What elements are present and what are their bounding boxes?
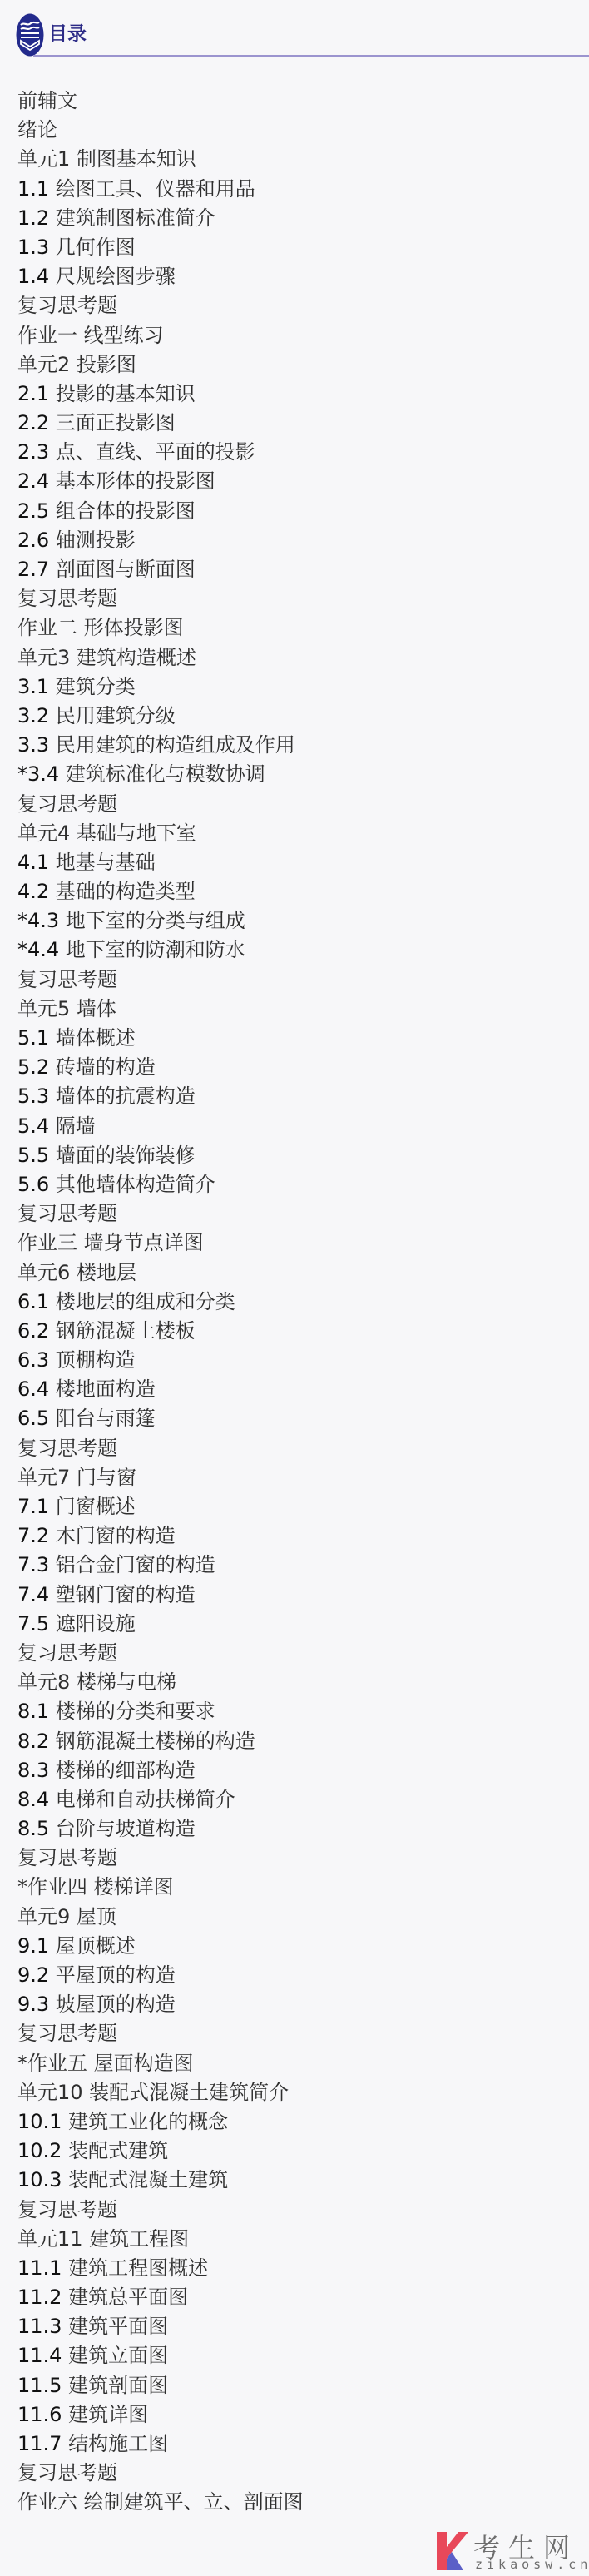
toc-item-label: 装配式建筑 — [62, 2139, 168, 2162]
book-waves-logo-icon — [16, 13, 44, 57]
toc-item-label: 复习思考题 — [17, 2461, 117, 2484]
toc-item-number: 2.5 — [17, 499, 49, 523]
toc-item-label: 钢筋混凝土楼梯的构造 — [49, 1730, 255, 1753]
toc-item[interactable]: 2.6 轴测投影 — [17, 526, 304, 555]
toc-item-label: 复习思考题 — [17, 1202, 117, 1225]
toc-item[interactable]: 复习思考题 — [17, 1844, 304, 1873]
toc-item-number: 6.4 — [17, 1377, 49, 1401]
toc-item-number: 11.6 — [17, 2403, 62, 2426]
toc-item[interactable]: *作业五 屋面构造图 — [17, 2049, 304, 2078]
toc-item[interactable]: 11.7 结构施工图 — [17, 2430, 304, 2459]
toc-item-number: 11.1 — [17, 2256, 62, 2280]
toc-item-label: 复习思考题 — [17, 968, 117, 991]
toc-item-label: 建筑平面图 — [62, 2315, 168, 2338]
toc-item-label: 单元11 建筑工程图 — [17, 2227, 189, 2251]
toc-item-label: 三面正投影图 — [49, 411, 176, 434]
toc-item[interactable]: 作业二 形体投影图 — [17, 613, 304, 643]
toc-item[interactable]: 6.1 楼地层的组成和分类 — [17, 1288, 304, 1317]
toc-item[interactable]: 6.5 阳台与雨篷 — [17, 1404, 304, 1433]
toc-item-label: 复习思考题 — [17, 1641, 117, 1665]
toc-item-number: 3.3 — [17, 733, 49, 757]
toc-item[interactable]: 前辅文 — [17, 87, 304, 116]
toc-item-label: 建筑制图标准简介 — [49, 206, 215, 230]
toc-item-label: 绪论 — [17, 118, 57, 141]
toc-item[interactable]: 2.3 点、直线、平面的投影 — [17, 438, 304, 467]
toc-item-number: 2.6 — [17, 529, 49, 552]
toc-item-number: 3.2 — [17, 704, 49, 727]
toc-item-label: 装配式混凝土建筑 — [62, 2168, 228, 2191]
toc-item[interactable]: 作业三 墙身节点详图 — [17, 1228, 304, 1258]
table-of-contents: 前辅文绪论单元1 制图基本知识1.1 绘图工具、仪器和用品1.2 建筑制图标准简… — [17, 87, 304, 2518]
toc-item[interactable]: 单元9 屋顶 — [17, 1903, 304, 1932]
toc-item[interactable]: 8.5 台阶与坡道构造 — [17, 1814, 304, 1844]
toc-item[interactable]: 8.3 楼梯的细部构造 — [17, 1756, 304, 1785]
toc-item-number: 9.2 — [17, 1963, 49, 1987]
toc-item-number: *3.4 — [17, 762, 59, 786]
watermark-url: zikaosw.cn — [475, 2557, 589, 2572]
toc-item-label: 剖面图与断面图 — [49, 558, 196, 581]
toc-item-label: 轴测投影 — [49, 529, 136, 552]
toc-item[interactable]: 9.3 坡屋顶的构造 — [17, 1990, 304, 2019]
toc-item-label: 建筑工程图概述 — [62, 2256, 208, 2280]
toc-item-label: 阳台与雨篷 — [49, 1407, 156, 1430]
toc-item[interactable]: 复习思考题 — [17, 2019, 304, 2048]
toc-item[interactable]: 单元4 基础与地下室 — [17, 819, 304, 848]
toc-item-number: 8.3 — [17, 1759, 49, 1782]
toc-item[interactable]: 2.1 投影的基本知识 — [17, 380, 304, 409]
toc-item[interactable]: 复习思考题 — [17, 1639, 304, 1668]
toc-item-number: 7.3 — [17, 1553, 49, 1576]
toc-item-label: 建筑总平面图 — [62, 2286, 188, 2309]
toc-item[interactable]: 7.1 门窗概述 — [17, 1492, 304, 1521]
toc-item-number: 7.4 — [17, 1583, 49, 1606]
toc-item-number: 5.5 — [17, 1144, 49, 1167]
toc-item[interactable]: 单元7 门与窗 — [17, 1463, 304, 1492]
toc-item[interactable]: 8.1 楼梯的分类和要求 — [17, 1697, 304, 1726]
toc-item-label: 作业六 绘制建筑平、立、剖面图 — [17, 2490, 304, 2514]
toc-item-label: 地下室的分类与组成 — [59, 909, 245, 932]
toc-item[interactable]: 4.1 地基与基础 — [17, 848, 304, 877]
toc-item-label: 单元3 建筑构造概述 — [17, 646, 196, 669]
toc-item-number: 6.2 — [17, 1319, 49, 1343]
toc-item[interactable]: 11.5 建筑剖面图 — [17, 2371, 304, 2400]
toc-item-label: 建筑立面图 — [62, 2344, 168, 2367]
toc-item[interactable]: 11.6 建筑详图 — [17, 2400, 304, 2430]
toc-item-label: 木门窗的构造 — [49, 1524, 176, 1547]
toc-item-label: 单元7 门与窗 — [17, 1466, 136, 1489]
page-title: 目录 — [48, 22, 87, 47]
toc-item-label: 平屋顶的构造 — [49, 1963, 176, 1987]
toc-item-label: 基础的构造类型 — [49, 880, 196, 903]
toc-item-label: 电梯和自动扶梯简介 — [49, 1788, 235, 1811]
toc-item[interactable]: *3.4 建筑标准化与模数协调 — [17, 760, 304, 789]
toc-item-label: 建筑分类 — [49, 675, 136, 698]
toc-item-label: 投影的基本知识 — [49, 382, 196, 405]
toc-item[interactable]: 复习思考题 — [17, 584, 304, 613]
toc-item-number: 8.4 — [17, 1788, 49, 1811]
toc-item-number: 10.3 — [17, 2168, 62, 2191]
toc-item-label: 前辅文 — [17, 89, 77, 112]
toc-item-label: 遮阳设施 — [49, 1612, 136, 1635]
toc-item[interactable]: 1.3 几何作图 — [17, 233, 304, 262]
watermark: 考生网 zikaosw.cn — [437, 2529, 587, 2574]
toc-item-label: 屋顶概述 — [49, 1934, 136, 1958]
toc-item-label: 隔墙 — [49, 1114, 96, 1138]
toc-item-label: 铝合金门窗的构造 — [49, 1553, 215, 1576]
toc-item[interactable]: 1.1 绘图工具、仪器和用品 — [17, 175, 304, 204]
toc-item-label: 墙面的装饰装修 — [49, 1144, 196, 1167]
toc-item-number: 2.1 — [17, 382, 49, 405]
toc-item[interactable]: 4.2 基础的构造类型 — [17, 877, 304, 906]
toc-item[interactable]: 单元1 制图基本知识 — [17, 145, 304, 174]
toc-item[interactable]: 复习思考题 — [17, 1434, 304, 1463]
toc-item-label: 组合体的投影图 — [49, 499, 196, 523]
toc-item[interactable]: 6.3 顶棚构造 — [17, 1346, 304, 1375]
toc-item[interactable]: 复习思考题 — [17, 1199, 304, 1228]
toc-item-number: 9.1 — [17, 1934, 49, 1958]
toc-item-label: 作业三 墙身节点详图 — [17, 1231, 204, 1254]
toc-item[interactable]: 2.7 剖面图与断面图 — [17, 555, 304, 584]
toc-item[interactable]: 2.5 组合体的投影图 — [17, 497, 304, 526]
toc-item[interactable]: 复习思考题 — [17, 291, 304, 320]
toc-item[interactable]: 5.5 墙面的装饰装修 — [17, 1141, 304, 1170]
toc-item[interactable]: 复习思考题 — [17, 965, 304, 995]
toc-item-label: 地下室的防潮和防水 — [59, 938, 245, 961]
toc-item-number: 7.5 — [17, 1612, 49, 1635]
toc-item[interactable]: 单元6 楼地层 — [17, 1258, 304, 1288]
toc-item[interactable]: 作业六 绘制建筑平、立、剖面图 — [17, 2488, 304, 2517]
toc-item-label: 顶棚构造 — [49, 1348, 136, 1372]
toc-item-number: 8.5 — [17, 1817, 49, 1840]
toc-item-label: 复习思考题 — [17, 587, 117, 610]
toc-item-number: 1.4 — [17, 265, 49, 288]
toc-item-number: 5.3 — [17, 1085, 49, 1108]
toc-item[interactable]: 单元2 投影图 — [17, 350, 304, 380]
toc-item-label: 地基与基础 — [49, 851, 156, 874]
toc-item[interactable]: 7.5 遮阳设施 — [17, 1610, 304, 1639]
toc-item[interactable]: *4.4 地下室的防潮和防水 — [17, 936, 304, 965]
toc-item[interactable]: 11.4 建筑立面图 — [17, 2341, 304, 2370]
toc-item-number: 1.2 — [17, 206, 49, 230]
toc-item-label: 复习思考题 — [17, 294, 117, 317]
toc-item[interactable]: 复习思考题 — [17, 2196, 304, 2225]
toc-item-label: 建筑工业化的概念 — [62, 2110, 228, 2133]
toc-item-number: 2.3 — [17, 440, 49, 464]
toc-item-number: 1.1 — [17, 177, 49, 201]
toc-item-label: 作业二 形体投影图 — [17, 616, 184, 639]
toc-item[interactable]: 10.1 建筑工业化的概念 — [17, 2107, 304, 2137]
toc-item-label: 楼地面构造 — [49, 1377, 156, 1401]
toc-item-number: 2.7 — [17, 558, 49, 581]
toc-item-label: 单元5 墙体 — [17, 997, 116, 1020]
toc-item-label: *作业四 楼梯详图 — [17, 1875, 174, 1898]
toc-item[interactable]: 10.2 装配式建筑 — [17, 2137, 304, 2166]
toc-item[interactable]: 作业一 线型练习 — [17, 321, 304, 350]
toc-item-label: 楼地层的组成和分类 — [49, 1290, 235, 1313]
toc-item-label: 复习思考题 — [17, 2022, 117, 2045]
toc-item[interactable]: 8.2 钢筋混凝土楼梯的构造 — [17, 1727, 304, 1756]
toc-item-number: 6.1 — [17, 1290, 49, 1313]
toc-item[interactable]: 复习思考题 — [17, 790, 304, 819]
toc-item-label: 台阶与坡道构造 — [49, 1817, 196, 1840]
toc-item[interactable]: 11.3 建筑平面图 — [17, 2312, 304, 2341]
toc-item[interactable]: 11.2 建筑总平面图 — [17, 2283, 304, 2312]
toc-item-label: 坡屋顶的构造 — [49, 1993, 176, 2016]
toc-item-label: 尺规绘图步骤 — [49, 265, 176, 288]
toc-item[interactable]: 3.1 建筑分类 — [17, 673, 304, 702]
toc-item[interactable]: 5.3 墙体的抗震构造 — [17, 1082, 304, 1111]
toc-item-number: 5.2 — [17, 1055, 49, 1079]
toc-item[interactable]: 7.2 木门窗的构造 — [17, 1521, 304, 1551]
toc-item-number: 5.1 — [17, 1026, 49, 1050]
toc-item-number: 8.2 — [17, 1730, 49, 1753]
toc-item[interactable]: *作业四 楼梯详图 — [17, 1873, 304, 1902]
toc-item-number: 10.1 — [17, 2110, 62, 2133]
toc-item[interactable]: 3.2 民用建筑分级 — [17, 702, 304, 731]
toc-item-number: 11.5 — [17, 2374, 62, 2397]
toc-item-number: 2.2 — [17, 411, 49, 434]
toc-item-number: 7.2 — [17, 1524, 49, 1547]
toc-item[interactable]: 单元8 楼梯与电梯 — [17, 1668, 304, 1697]
toc-item-number: *4.3 — [17, 909, 59, 932]
toc-item-label: 单元9 屋顶 — [17, 1905, 116, 1928]
toc-item-number: 6.5 — [17, 1407, 49, 1430]
toc-item-label: 建筑标准化与模数协调 — [59, 762, 265, 786]
toc-item-label: 复习思考题 — [17, 1846, 117, 1869]
toc-item-label: 门窗概述 — [49, 1495, 136, 1518]
toc-item[interactable]: 复习思考题 — [17, 2459, 304, 2488]
toc-item-number: 5.6 — [17, 1173, 49, 1196]
toc-item-label: 砖墙的构造 — [49, 1055, 156, 1079]
toc-item-label: 民用建筑分级 — [49, 704, 176, 727]
toc-item[interactable]: 绪论 — [17, 116, 304, 145]
toc-item-number: 11.7 — [17, 2432, 62, 2455]
toc-item[interactable]: 单元3 建筑构造概述 — [17, 643, 304, 673]
toc-item[interactable]: 7.3 铝合金门窗的构造 — [17, 1551, 304, 1580]
toc-item-number: 7.1 — [17, 1495, 49, 1518]
toc-item-label: 塑钢门窗的构造 — [49, 1583, 196, 1606]
toc-item[interactable]: 1.4 尺规绘图步骤 — [17, 262, 304, 291]
header-divider — [33, 55, 589, 57]
toc-item[interactable]: 单元11 建筑工程图 — [17, 2225, 304, 2254]
toc-item-label: 单元4 基础与地下室 — [17, 821, 196, 845]
toc-item-number: 10.2 — [17, 2139, 62, 2162]
toc-item-number: 9.3 — [17, 1993, 49, 2016]
toc-item[interactable]: 9.1 屋顶概述 — [17, 1932, 304, 1961]
toc-item-label: 墙体的抗震构造 — [49, 1085, 196, 1108]
toc-item-label: 民用建筑的构造组成及作用 — [49, 733, 295, 757]
toc-item-number: 11.2 — [17, 2286, 62, 2309]
toc-item[interactable]: 5.4 隔墙 — [17, 1112, 304, 1141]
toc-item-number: 11.4 — [17, 2344, 62, 2367]
toc-item-label: 复习思考题 — [17, 2198, 117, 2221]
toc-item[interactable]: 1.2 建筑制图标准简介 — [17, 204, 304, 233]
toc-item-label: 作业一 线型练习 — [17, 324, 164, 347]
toc-item-number: 1.3 — [17, 236, 49, 259]
toc-item[interactable]: 6.2 钢筋混凝土楼板 — [17, 1317, 304, 1346]
toc-item[interactable]: *4.3 地下室的分类与组成 — [17, 906, 304, 936]
toc-item-label: 单元2 投影图 — [17, 353, 136, 376]
toc-item-label: 基本形体的投影图 — [49, 469, 215, 493]
toc-item-label: 楼梯的细部构造 — [49, 1759, 196, 1782]
toc-item-label: 复习思考题 — [17, 1437, 117, 1460]
toc-item[interactable]: 3.3 民用建筑的构造组成及作用 — [17, 731, 304, 760]
toc-item[interactable]: 11.1 建筑工程图概述 — [17, 2254, 304, 2283]
toc-item-number: 4.2 — [17, 880, 49, 903]
toc-item[interactable]: 5.6 其他墙体构造简介 — [17, 1170, 304, 1199]
toc-item-number: 8.1 — [17, 1700, 49, 1723]
toc-item-label: 钢筋混凝土楼板 — [49, 1319, 196, 1343]
toc-item-label: 复习思考题 — [17, 792, 117, 816]
toc-item[interactable]: 7.4 塑钢门窗的构造 — [17, 1581, 304, 1610]
toc-item-label: 建筑详图 — [62, 2403, 148, 2426]
toc-item[interactable]: 单元5 墙体 — [17, 995, 304, 1024]
toc-item-label: 单元1 制图基本知识 — [17, 147, 196, 171]
toc-item-label: 其他墙体构造简介 — [49, 1173, 215, 1196]
toc-item-number: 5.4 — [17, 1114, 49, 1138]
toc-item-number: *4.4 — [17, 938, 59, 961]
toc-item-label: 楼梯的分类和要求 — [49, 1700, 215, 1723]
toc-item-label: 单元8 楼梯与电梯 — [17, 1670, 176, 1694]
toc-item-label: 墙体概述 — [49, 1026, 136, 1050]
toc-item[interactable]: 5.2 砖墙的构造 — [17, 1053, 304, 1082]
toc-item[interactable]: 5.1 墙体概述 — [17, 1024, 304, 1053]
k-logo-icon — [437, 2529, 470, 2570]
toc-item[interactable]: 9.2 平屋顶的构造 — [17, 1961, 304, 1990]
toc-item-label: 几何作图 — [49, 236, 136, 259]
toc-item[interactable]: 单元10 装配式混凝土建筑简介 — [17, 2078, 304, 2107]
toc-item-label: *作业五 屋面构造图 — [17, 2052, 194, 2075]
toc-item-number: 3.1 — [17, 675, 49, 698]
toc-item-number: 4.1 — [17, 851, 49, 874]
toc-item-label: 单元10 装配式混凝土建筑简介 — [17, 2081, 289, 2104]
toc-item[interactable]: 6.4 楼地面构造 — [17, 1375, 304, 1404]
toc-item-label: 结构施工图 — [62, 2432, 168, 2455]
toc-item[interactable]: 2.2 三面正投影图 — [17, 409, 304, 438]
toc-item-label: 单元6 楼地层 — [17, 1261, 136, 1284]
toc-item-number: 11.3 — [17, 2315, 62, 2338]
toc-header: 目录 — [0, 0, 589, 58]
toc-item[interactable]: 8.4 电梯和自动扶梯简介 — [17, 1785, 304, 1814]
toc-item-label: 建筑剖面图 — [62, 2374, 168, 2397]
toc-item-number: 6.3 — [17, 1348, 49, 1372]
toc-item-label: 绘图工具、仪器和用品 — [49, 177, 255, 201]
toc-item-number: 2.4 — [17, 469, 49, 493]
toc-item[interactable]: 10.3 装配式混凝土建筑 — [17, 2166, 304, 2195]
toc-item-label: 点、直线、平面的投影 — [49, 440, 255, 464]
toc-item[interactable]: 2.4 基本形体的投影图 — [17, 467, 304, 496]
